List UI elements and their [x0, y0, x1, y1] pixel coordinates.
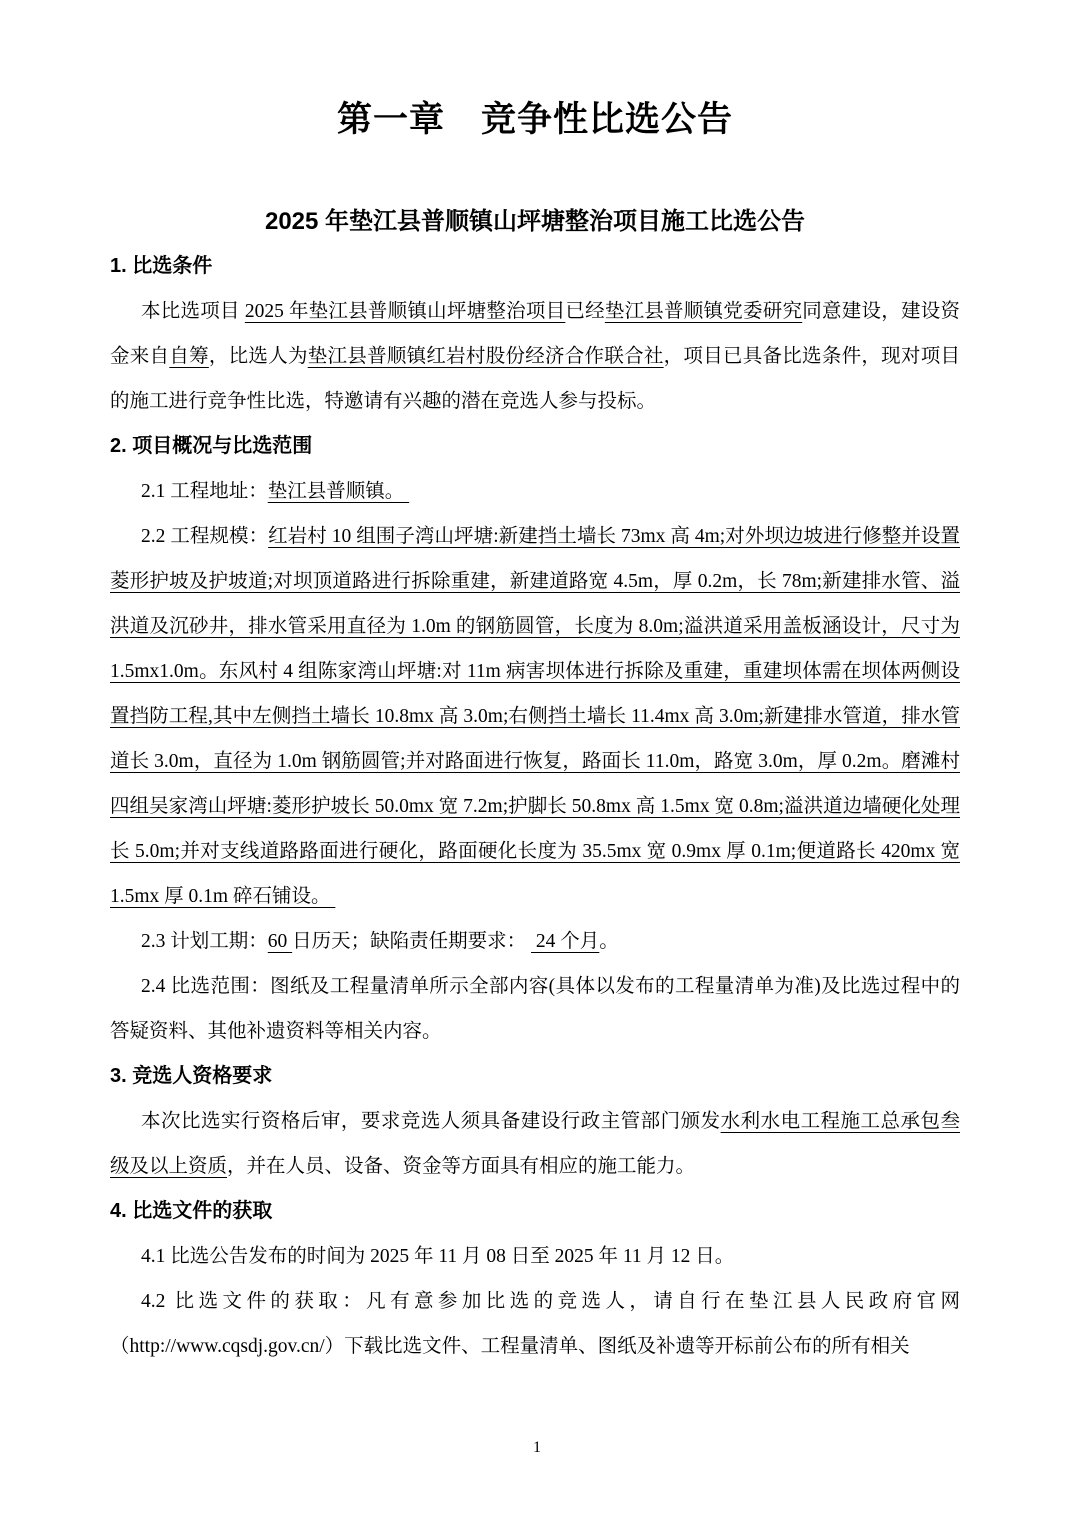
document-page: 第一章 竞争性比选公告 2025 年垫江县普顺镇山坪塘整治项目施工比选公告 1.…	[0, 0, 1074, 1520]
clause-4-2: 4.2 比选文件的获取：凡有意参加比选的竞选人，请自行在垫江县人民政府官网（ht…	[110, 1279, 960, 1369]
underlined-text-run: 垫江县普顺镇。	[268, 481, 409, 502]
text-run: 2.4 比选范围：图纸及工程量清单所示全部内容(具体以发布的工程量清单为准)及比…	[110, 976, 960, 1042]
section-3-paragraph: 本次比选实行资格后审，要求竞选人须具备建设行政主管部门颁发水利水电工程施工总承包…	[110, 1099, 960, 1189]
text-run: 本比选项目	[141, 301, 245, 322]
text-run: 4.1 比选公告发布的时间为 2025 年 11 月 08 日至 2025 年 …	[141, 1246, 734, 1267]
text-run: 2.3 计划工期：	[141, 931, 268, 952]
page-number: 1	[0, 1438, 1074, 1458]
section-1-heading: 1. 比选条件	[110, 244, 960, 289]
underlined-text-run: 24 个月	[531, 931, 599, 952]
text-run: 。	[599, 931, 619, 952]
underlined-text-run: 红岩村 10 组围子湾山坪塘:新建挡土墙长 73mx 高 4m;对外坝边坡进行修…	[110, 526, 960, 907]
underlined-text-run: 2025 年垫江县普顺镇山坪塘整治项目	[245, 301, 566, 322]
underlined-text-run: 垫江县普顺镇党委研究	[605, 301, 802, 322]
section-1-paragraph: 本比选项目 2025 年垫江县普顺镇山坪塘整治项目已经垫江县普顺镇党委研究同意建…	[110, 289, 960, 424]
section-3-heading: 3. 竞选人资格要求	[110, 1054, 960, 1099]
text-run: ，比选人为	[209, 346, 308, 367]
text-run: 2.1 工程地址：	[141, 481, 268, 502]
section-4-heading: 4. 比选文件的获取	[110, 1189, 960, 1234]
text-run: 已经	[565, 301, 604, 322]
underlined-text-run: 60	[268, 931, 292, 952]
clause-2-2: 2.2 工程规模：红岩村 10 组围子湾山坪塘:新建挡土墙长 73mx 高 4m…	[110, 514, 960, 919]
text-run: 1. 比选条件	[110, 255, 212, 277]
text-run: 日历天；缺陷责任期要求：	[292, 931, 531, 952]
underlined-text-run: 垫江县普顺镇红岩村股份经济合作联合社	[308, 346, 664, 367]
text-run: 4.2 比选文件的获取：凡有意参加比选的竞选人，请自行在垫江县人民政府官网（ht…	[110, 1291, 960, 1357]
text-run: 3. 竞选人资格要求	[110, 1065, 272, 1087]
clause-2-1: 2.1 工程地址：垫江县普顺镇。	[110, 469, 960, 514]
document-content: 第一章 竞争性比选公告 2025 年垫江县普顺镇山坪塘整治项目施工比选公告 1.…	[0, 96, 1074, 1369]
text-run: 2.2 工程规模：	[141, 526, 268, 547]
text-run: ，并在人员、设备、资金等方面具有相应的施工能力。	[227, 1156, 695, 1177]
clause-2-4: 2.4 比选范围：图纸及工程量清单所示全部内容(具体以发布的工程量清单为准)及比…	[110, 964, 960, 1054]
text-run: 本次比选实行资格后审，要求竞选人须具备建设行政主管部门颁发	[141, 1111, 721, 1132]
text-run: 2. 项目概况与比选范围	[110, 435, 312, 457]
clause-4-1: 4.1 比选公告发布的时间为 2025 年 11 月 08 日至 2025 年 …	[110, 1234, 960, 1279]
underlined-text-run: 自筹	[169, 346, 209, 367]
announcement-title: 2025 年垫江县普顺镇山坪塘整治项目施工比选公告	[110, 200, 960, 244]
clause-2-3: 2.3 计划工期：60 日历天；缺陷责任期要求： 24 个月。	[110, 919, 960, 964]
text-run: 4. 比选文件的获取	[110, 1200, 272, 1222]
document-body: 1. 比选条件本比选项目 2025 年垫江县普顺镇山坪塘整治项目已经垫江县普顺镇…	[110, 244, 960, 1369]
section-2-heading: 2. 项目概况与比选范围	[110, 424, 960, 469]
chapter-title: 第一章 竞争性比选公告	[110, 96, 960, 144]
